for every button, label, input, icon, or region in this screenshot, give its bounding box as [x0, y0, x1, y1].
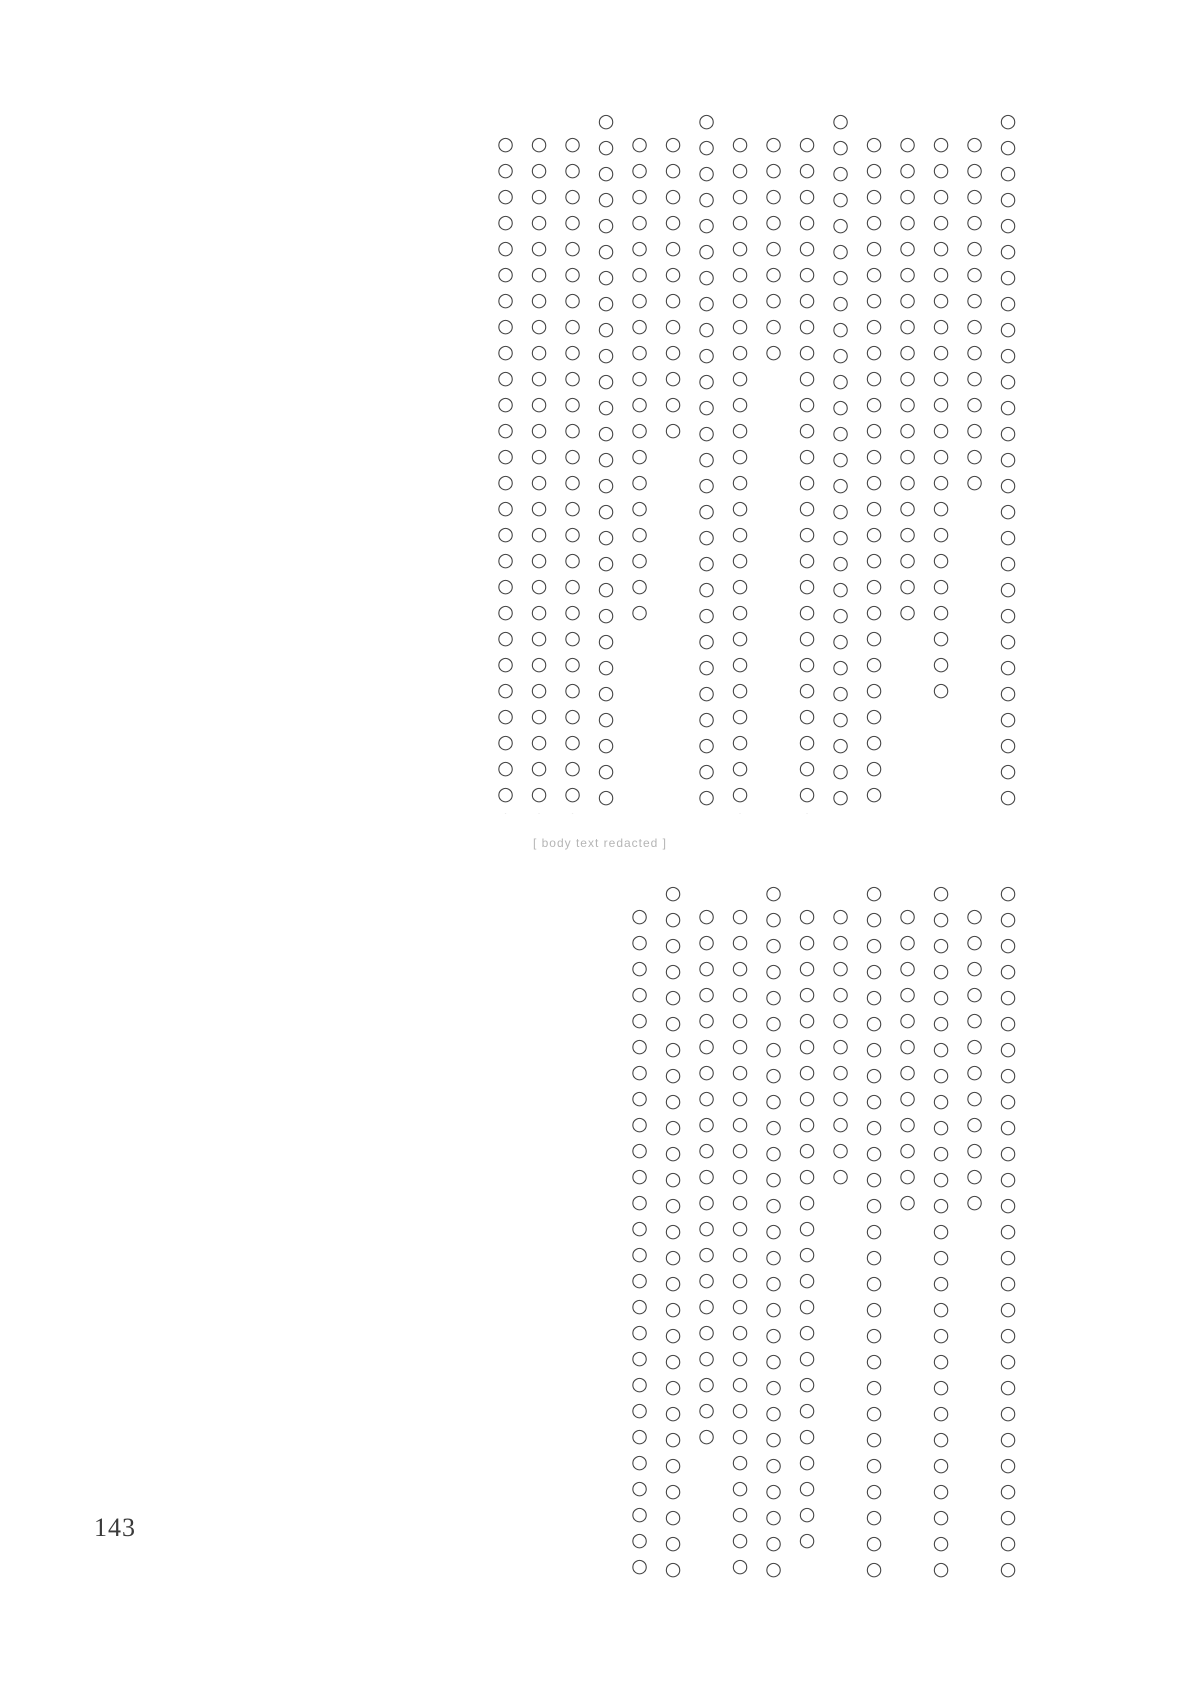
- text-block-top: ○○○○○○○○○○○○○○○○○○○○○○○○○○○○○○○○○○○○○○○○…: [140, 110, 1024, 814]
- narration-paragraph: ○○○○○○○○○○○○○○○○○○○○○○○○○○: [857, 110, 891, 814]
- narration-paragraph: ○○○○○○○○○○○○○○○○○○○: [890, 110, 924, 814]
- narration-paragraph: ○○○○○○○○○○○○○○○○○○○○○○○○○○○○○○○○○○○○○○○○: [723, 110, 757, 814]
- dialogue-paragraph: ○○○○○○○○○○○○○○○○○○○○○○○○○○○○○○○○○○○○○○○○…: [689, 110, 723, 814]
- dialogue-paragraph: ○○○○○○○○○○○○○○○○○○○○○○○○○○○○○○○○○○○○○○○○…: [756, 882, 790, 1584]
- narration-paragraph: ○○○○○○○○○○○○○○○○○○○○○○○○○○○○○○○○○○○○○○○○…: [555, 110, 589, 814]
- narration-paragraph: ○○○○○○○○○○○○○○○○○○○○○○○○○○○○○○○○○○○○○○○○…: [488, 110, 522, 814]
- narration-paragraph: ○○○○○○○○○○○○○○○○○○○○○: [689, 882, 723, 1584]
- narration-paragraph: ○○○○○○○○○○○○: [957, 882, 991, 1584]
- narration-paragraph: ○○○○○○○○○○○○○○: [957, 110, 991, 814]
- narration-paragraph: ○○○○○○○○○○○○○○○○○○○○○○○○○○○○○: [522, 110, 556, 814]
- narration-paragraph: ○○○○○○○○○○○○○○○○○○○○○○○○○○○○○○○○○○○○○○○○…: [622, 882, 656, 1584]
- dialogue-paragraph: ○○○○○○○○○○○○○○○○○○○○○○○○○○○○○○○○○○○○○○○○…: [991, 882, 1025, 1584]
- dialogue-paragraph: ○○○○○○○○○○○○○○○○○○○○○○○○○○○○○○○○○○○○○○○○: [924, 882, 958, 1584]
- dialogue-paragraph: ○○○○○○○○○○○○○○○○○○○○○○○○○○○○○○○○○○○○○○○○…: [991, 110, 1025, 814]
- narration-paragraph: ○○○○○○○○○○○○○○○○○○○○○○: [924, 110, 958, 814]
- narration-paragraph: ○○○○○○○○○○○: [823, 882, 857, 1584]
- narration-paragraph: ○○○○○○○○○: [756, 110, 790, 814]
- dialogue-paragraph: ○○○○○○○○○○○○○○○○○○○○○○○○○○○: [823, 110, 857, 814]
- dialogue-paragraph: ○○○○○○○○○○○○○○○○○○○○○○○○○○○○○○○○○○○○○○○○…: [656, 882, 690, 1584]
- page-number: 143: [94, 1513, 136, 1543]
- narration-paragraph: ○○○○○○○○○○○○: [890, 882, 924, 1584]
- narration-paragraph: ○○○○○○○○○○○○○○○○○○○○○○○○○○○○○○○○○○○○○○○○…: [790, 110, 824, 814]
- narration-paragraph: ○○○○○○○○○○○○○○○○○○○○○○○○○: [790, 882, 824, 1584]
- text-block-bottom: ○○○○○○○○○○○○○○○○○○○○○○○○○○○○○○○○○○○○○○○○…: [104, 882, 1024, 1584]
- narration-paragraph: ○○○○○○○○○○○○○○○○○○○: [622, 110, 656, 814]
- narration-paragraph: ○○○○○○○○○○○○: [656, 110, 690, 814]
- narration-paragraph: ○○○○○○○○○○○○○○○○○○○○○○○○○○○○○○○○○○○○○○○○…: [723, 882, 757, 1584]
- dialogue-paragraph: ○○○○○○○○○○○○○○○○○○○○○○○○○○○○○○○○○○○○○○○○…: [589, 110, 623, 814]
- redaction-note: [ body text redacted ]: [0, 836, 1200, 850]
- document-page: ○○○○○○○○○○○○○○○○○○○○○○○○○○○○○○○○○○○○○○○○…: [0, 0, 1200, 1695]
- dialogue-paragraph: ○○○○○○○○○○○○○○○○○○○○○○○○○○○○○○○○○○○○○○○○…: [857, 882, 891, 1584]
